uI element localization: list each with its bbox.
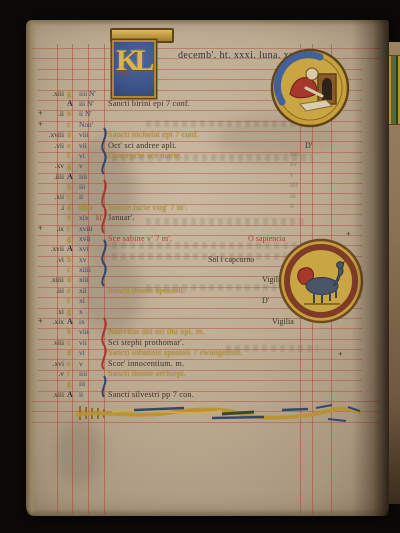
roman-day-count: ii [79, 390, 109, 400]
roman-day-count: vii [79, 141, 109, 151]
feast-entry: Sancti iohannis apostoli 7 ewangeliste. [108, 348, 243, 358]
dominical-letter: c [67, 265, 77, 275]
cross-mark-icon: + [38, 120, 43, 130]
dominical-letter: d [67, 130, 77, 140]
cross-mark-icon: + [38, 317, 43, 327]
roman-day-count: vii [79, 338, 109, 348]
page-edge-top [26, 20, 389, 25]
showthrough-numeral: v [290, 171, 294, 179]
roman-day-count: viii [79, 130, 109, 140]
feast-entry: Nativitas dni nri ihu xpi. m. [108, 327, 205, 337]
roman-day-count: xix [79, 213, 109, 223]
feast-entry: Concepcio sce marie. [108, 151, 182, 161]
dominical-letter: d [67, 275, 77, 285]
dominical-letter: g [67, 161, 77, 171]
dominical-letter: b [67, 109, 77, 119]
dominical-letter: g [67, 379, 77, 389]
parchment-stain [56, 420, 102, 486]
golden-number: .vii [43, 141, 64, 151]
page-edge-left [26, 20, 36, 516]
golden-number: .ii [43, 109, 64, 119]
dominical-letter: A [67, 172, 77, 182]
dominical-letter: e [67, 141, 77, 151]
roman-day-count: xviii [79, 224, 109, 234]
roman-day-count: viii [79, 327, 109, 337]
roman-day-count: iiii [79, 172, 109, 182]
dominical-letter: e [67, 286, 77, 296]
roman-day-count: xvi [79, 244, 109, 254]
dominical-letter: c [67, 192, 77, 202]
roman-day-count: v [79, 359, 109, 369]
roman-day-count: iii [79, 379, 109, 389]
dominical-letter: f [67, 224, 77, 234]
margin-note: D' [262, 296, 269, 306]
calendar-row: .vii e vii Oct' sci andree apli. D' [38, 141, 370, 151]
calendar-row: .xvi e v Scor' innocentium. m. [38, 359, 370, 369]
month-abbrev-red: Dec' [116, 69, 132, 78]
dominical-letter: d [67, 348, 77, 358]
feast-entry: Januar'. [108, 213, 135, 223]
cross-mark-icon: + [38, 224, 43, 234]
dominical-letter: e [67, 359, 77, 369]
dominical-letter: f [67, 151, 77, 161]
cross-mark-icon: + [338, 350, 343, 359]
roman-day-count: xvii [79, 234, 109, 244]
calendar-row: .xviii d viii Sancti nicholai epi 7 conf… [38, 130, 370, 140]
golden-number: .xiii [43, 89, 64, 99]
showthrough-numeral: iiii [290, 181, 298, 189]
cross-mark-icon: + [38, 109, 43, 119]
dominical-letter: g [67, 307, 77, 317]
golden-number: .viii [43, 338, 64, 348]
line-filler-flourish-icon [72, 402, 364, 424]
calendar-row: g iii [38, 379, 370, 389]
calendar-row: .xiii A ii Sancti silvestri pp 7 con. [38, 390, 370, 400]
roman-day-count: xv [79, 255, 109, 265]
roman-day-count: vi [79, 348, 109, 358]
golden-number: .v [43, 369, 64, 379]
showthrough-numeral: xv [290, 160, 297, 168]
manuscript-photo: { "meta": { "description": "Illuminated … [0, 0, 400, 533]
margin-note: D' [305, 141, 312, 151]
roman-day-count: v [79, 161, 109, 171]
showthrough-numeral: ii [290, 202, 294, 210]
feast-entry: Sci stephi prothomar'. [108, 338, 184, 348]
capricorn-zodiac-roundel-icon [278, 238, 364, 324]
dominical-letter: e [67, 213, 77, 223]
december-labour-roundel-icon [270, 48, 350, 128]
roman-day-count: xii [79, 286, 109, 296]
dominical-letter: g [67, 234, 77, 244]
calendar-row: .v f iiii Sancti thome archiepi. [38, 369, 370, 379]
roman-day-count: xiiii [79, 265, 109, 275]
dominical-letter: d [67, 203, 77, 213]
dominical-letter: b [67, 255, 77, 265]
roman-day-count: xi [79, 296, 109, 306]
roman-day-count: Idus [79, 203, 109, 213]
feast-entry: Sce sabine v' 7 m'. [108, 234, 172, 244]
golden-number: .xii [43, 192, 64, 202]
dominical-letter: A [67, 317, 77, 327]
calendar-row: b viii Nativitas dni nri ihu xpi. m. [38, 327, 370, 337]
golden-number: .xv [43, 161, 64, 171]
feast-entry: Oct' sci andree apli. [108, 141, 177, 151]
calendar-row: .iiii A iiii [38, 172, 370, 182]
golden-number: .xiii [43, 390, 64, 400]
showthrough-numeral: iii [290, 192, 296, 200]
calendar-row: + .ix f xviii [38, 224, 370, 234]
golden-number: .i [43, 203, 64, 213]
golden-number: .xvi [43, 359, 64, 369]
feast-entry: Sancte lucie virg' 7 m'. [108, 203, 187, 213]
golden-number: .xix [43, 317, 64, 327]
golden-number: .xi [43, 307, 64, 317]
feast-entry: Sancti silvestri pp 7 con. [108, 390, 194, 400]
calendar-row: .viii c vii Sci stephi prothomar'. [38, 338, 370, 348]
dominical-letter: f [67, 369, 77, 379]
calendar-row: f vi Concepcio sce marie. [38, 151, 370, 161]
feast-entry: Sancti birini epi 7 conf. [108, 99, 190, 109]
kalends-abbrev: kl' [96, 213, 103, 223]
roman-day-count: iiii [79, 369, 109, 379]
golden-number: .xvii [43, 244, 64, 254]
feast-entry: Sancti thome apostoli. [108, 286, 185, 296]
feast-entry: Sancti nicholai epi 7 conf. [108, 130, 199, 140]
golden-number: .iii [43, 286, 64, 296]
golden-number: .iiii [43, 172, 64, 182]
calendar-row: d vi Sancti iohannis apostoli 7 ewangeli… [38, 348, 370, 358]
calendar-row: .xv g v [38, 161, 370, 171]
calendar-row: e xix kl' Januar'. [38, 213, 370, 223]
roman-day-count: iii [79, 182, 109, 192]
dominical-letter: c [67, 338, 77, 348]
roman-day-count: vi [79, 151, 109, 161]
roman-day-count: iiii N' [79, 89, 109, 99]
dominical-letter: f [67, 296, 77, 306]
showthrough-numeral: xvi [290, 150, 299, 158]
dominical-letter: A [67, 244, 77, 254]
roman-day-count: x [79, 307, 109, 317]
golden-number: .vi [43, 255, 64, 265]
roman-day-count: ii [79, 192, 109, 202]
calendar-row: .i d Idus Sancte lucie virg' 7 m'. [38, 203, 370, 213]
roman-day-count: Non' [79, 120, 109, 130]
roman-day-count: ix [79, 317, 109, 327]
roman-day-count: iii N' [79, 99, 109, 109]
margin-note: Sol i capcorno [208, 255, 254, 265]
dominical-letter: b [67, 182, 77, 192]
roman-day-count: xiii [79, 275, 109, 285]
page-edge-bottom [26, 509, 389, 516]
feast-entry: Scor' innocentium. m. [108, 359, 184, 369]
roman-day-count: ii N' [79, 109, 109, 119]
dominical-letter: g [67, 89, 77, 99]
facing-page-miniature-fragment [389, 55, 400, 125]
calendar-row: b iii [38, 182, 370, 192]
golden-number: .xviii [43, 130, 64, 140]
calendar-row: .xii c ii [38, 192, 370, 202]
golden-number: .ix [43, 224, 64, 234]
dominical-letter: b [67, 327, 77, 337]
dominical-letter: c [67, 120, 77, 130]
dominical-letter: A [67, 99, 77, 109]
feast-entry: Sancti thome archiepi. [108, 369, 186, 379]
golden-number: .xiiii [43, 275, 64, 285]
dominical-letter: A [67, 390, 77, 400]
manuscript-page: KL decemb'. ht. xxxi. luna. xxx. Dec' .x… [26, 20, 389, 516]
